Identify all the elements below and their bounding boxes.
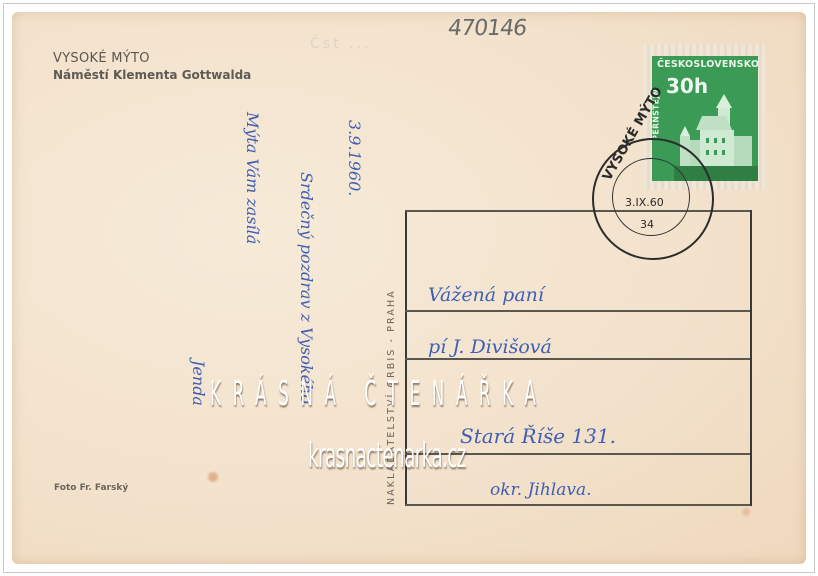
address-line <box>405 310 751 312</box>
address-salutation: Vážená paní <box>428 284 544 306</box>
stamp-country: ČESKOSLOVENSKO <box>657 59 758 70</box>
photographer-credit: Foto Fr. Farský <box>54 483 128 493</box>
postmark-code: 34 <box>640 218 654 231</box>
stain <box>208 472 218 482</box>
message-signature: Jenda <box>189 360 208 406</box>
address-border <box>750 210 752 506</box>
printed-square: Náměstí Klementa Gottwalda <box>53 68 251 82</box>
faint-pencil-note: Čst ... <box>310 36 371 52</box>
watermark-url: krasnactenarka.cz <box>308 436 466 476</box>
catalog-number: 470146 <box>446 16 527 41</box>
message-date: 3.9.1960. <box>345 120 364 196</box>
message-line-1: Srdečný pozdrav z Vysokého <box>297 172 316 404</box>
address-line <box>405 358 751 360</box>
address-district: okr. Jihlava. <box>490 480 592 500</box>
watermark-title: KRÁSNÁ ČTENÁŘKA <box>210 374 547 414</box>
address-street: Stará Říše 131. <box>460 424 616 448</box>
printed-city: VYSOKÉ MÝTO <box>53 51 150 66</box>
postmark-date: 3.IX.60 <box>625 196 664 209</box>
address-line <box>405 504 751 506</box>
message-line-2: Mýta Vám zasílá <box>243 112 262 244</box>
address-name: pí J. Divišová <box>428 336 552 358</box>
stain <box>742 508 750 516</box>
